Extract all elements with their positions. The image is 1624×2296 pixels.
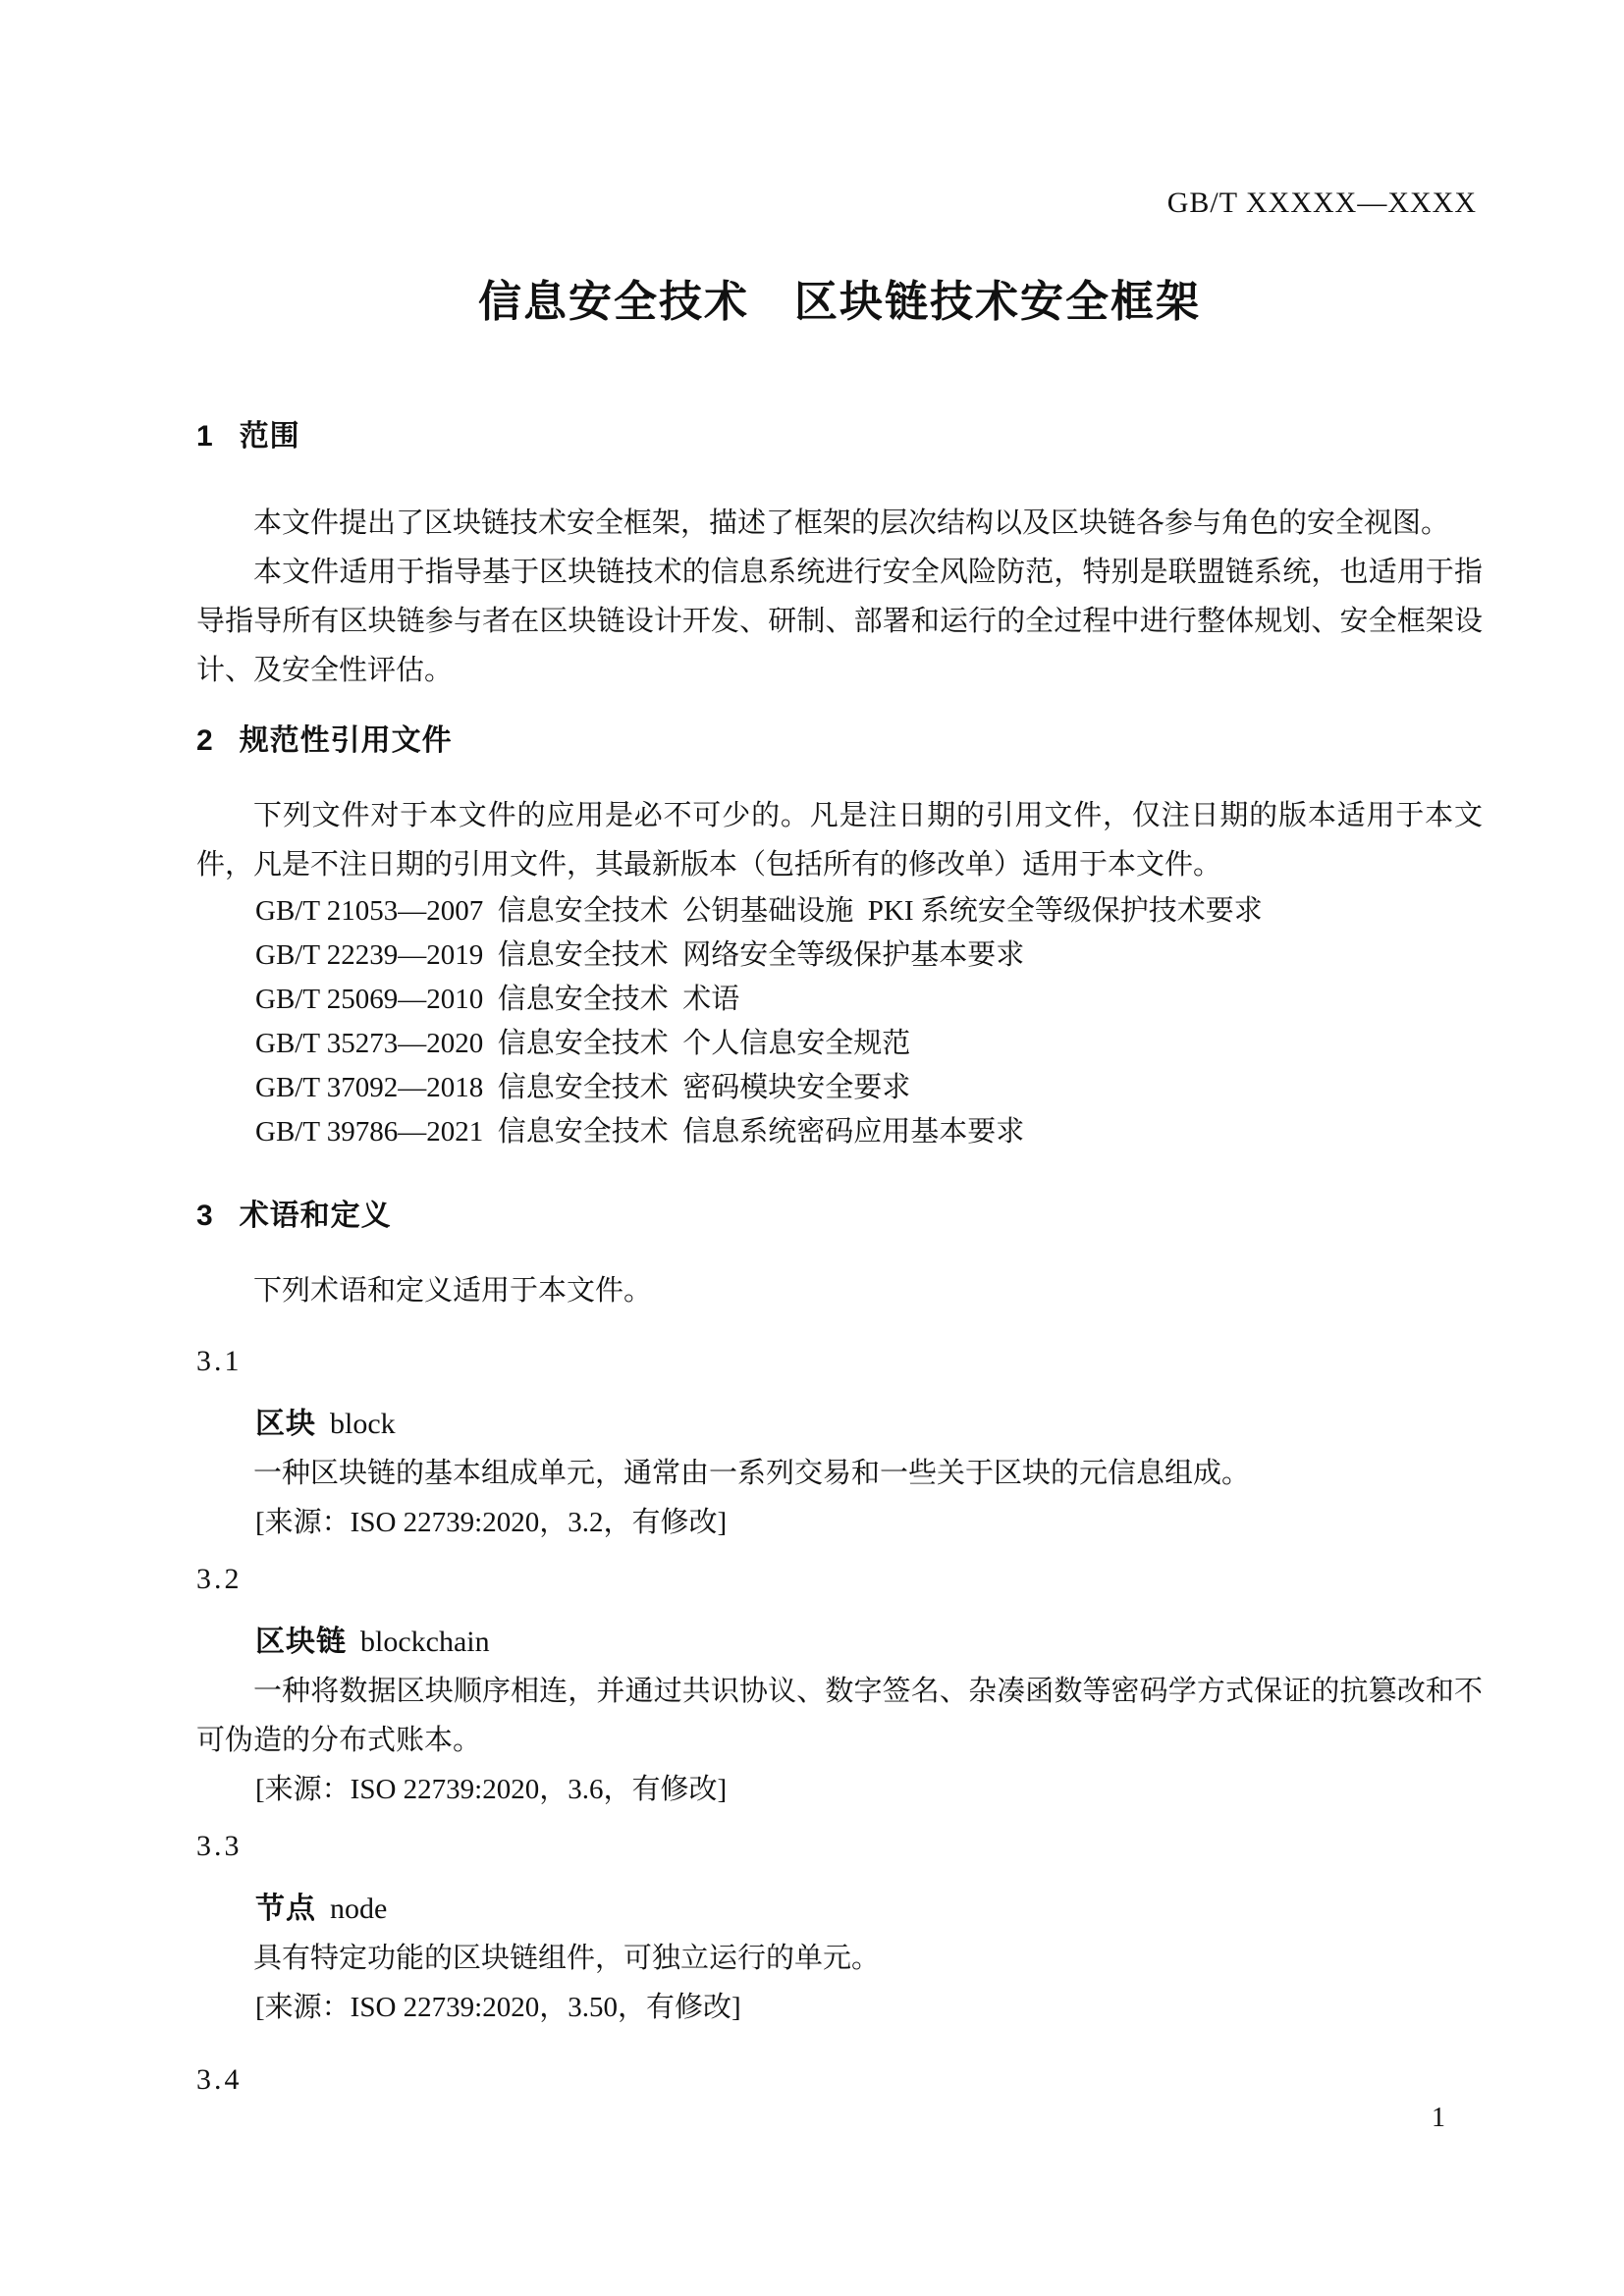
- reference-item: GB/T 21053—2007 信息安全技术 公钥基础设施 PKI 系统安全等级…: [196, 889, 1483, 934]
- term-source-3-1: [来源：ISO 22739:2020，3.2，有修改]: [196, 1498, 1483, 1547]
- term-definition-3-3: 具有特定功能的区块链组件，可独立运行的单元。: [196, 1934, 1483, 1983]
- section-3-number: 3: [196, 1194, 214, 1239]
- section-3-title: 术语和定义: [240, 1200, 392, 1232]
- section-1-heading: 1范围: [196, 414, 1483, 459]
- term-english: node: [330, 1893, 387, 1925]
- term-chinese: 区块链: [255, 1626, 347, 1658]
- term-source-3-2: [来源：ISO 22739:2020，3.6，有修改]: [196, 1765, 1483, 1814]
- section-1-number: 1: [196, 414, 214, 459]
- reference-item: GB/T 22239—2019 信息安全技术 网络安全等级保护基本要求: [196, 934, 1483, 978]
- section-1-paragraph-1: 本文件提出了区块链技术安全框架，描述了框架的层次结构以及区块链各参与角色的安全视…: [196, 499, 1483, 548]
- section-2-number: 2: [196, 719, 214, 764]
- clause-number-3-4: 3.4: [196, 2057, 1483, 2103]
- section-1-paragraph-2: 本文件适用于指导基于区块链技术的信息系统进行安全风险防范，特别是联盟链系统，也适…: [196, 548, 1483, 695]
- reference-item: GB/T 39786—2021 信息安全技术 信息系统密码应用基本要求: [196, 1110, 1483, 1154]
- reference-item: GB/T 35273—2020 信息安全技术 个人信息安全规范: [196, 1022, 1483, 1066]
- term-entry-3-3: 节点node: [196, 1885, 1483, 1934]
- section-2-title: 规范性引用文件: [240, 724, 453, 757]
- clause-number-3-1: 3.1: [196, 1339, 1483, 1384]
- term-english: blockchain: [360, 1626, 490, 1658]
- term-definition-3-2: 一种将数据区块顺序相连，并通过共识协议、数字签名、杂凑函数等密码学方式保证的抗篡…: [196, 1667, 1483, 1765]
- document-title: 信息安全技术 区块链技术安全框架: [196, 277, 1483, 328]
- section-2-paragraph-1: 下列文件对于本文件的应用是必不可少的。凡是注日期的引用文件，仅注日期的版本适用于…: [196, 791, 1483, 889]
- term-entry-3-2: 区块链blockchain: [196, 1618, 1483, 1667]
- page-content: 信息安全技术 区块链技术安全框架 1范围 本文件提出了区块链技术安全框架，描述了…: [196, 0, 1483, 2103]
- document-page: GB/T XXXXX—XXXX 信息安全技术 区块链技术安全框架 1范围 本文件…: [0, 0, 1624, 2296]
- clause-number-3-2: 3.2: [196, 1557, 1483, 1602]
- page-number: 1: [1432, 2103, 1445, 2134]
- section-3-heading: 3术语和定义: [196, 1194, 1483, 1239]
- reference-item: GB/T 25069—2010 信息安全技术 术语: [196, 978, 1483, 1022]
- term-chinese: 节点: [255, 1893, 316, 1925]
- term-source-3-3: [来源：ISO 22739:2020，3.50，有修改]: [196, 1983, 1483, 2032]
- reference-item: GB/T 37092—2018 信息安全技术 密码模块安全要求: [196, 1066, 1483, 1110]
- clause-number-3-3: 3.3: [196, 1824, 1483, 1869]
- term-english: block: [330, 1408, 396, 1440]
- section-1-title: 范围: [240, 420, 300, 453]
- section-2-heading: 2规范性引用文件: [196, 719, 1483, 764]
- section-3-paragraph-1: 下列术语和定义适用于本文件。: [196, 1266, 1483, 1315]
- normative-references-list: GB/T 21053—2007 信息安全技术 公钥基础设施 PKI 系统安全等级…: [196, 889, 1483, 1154]
- term-definition-3-1: 一种区块链的基本组成单元，通常由一系列交易和一些关于区块的元信息组成。: [196, 1449, 1483, 1498]
- term-entry-3-1: 区块block: [196, 1400, 1483, 1449]
- term-chinese: 区块: [255, 1408, 316, 1440]
